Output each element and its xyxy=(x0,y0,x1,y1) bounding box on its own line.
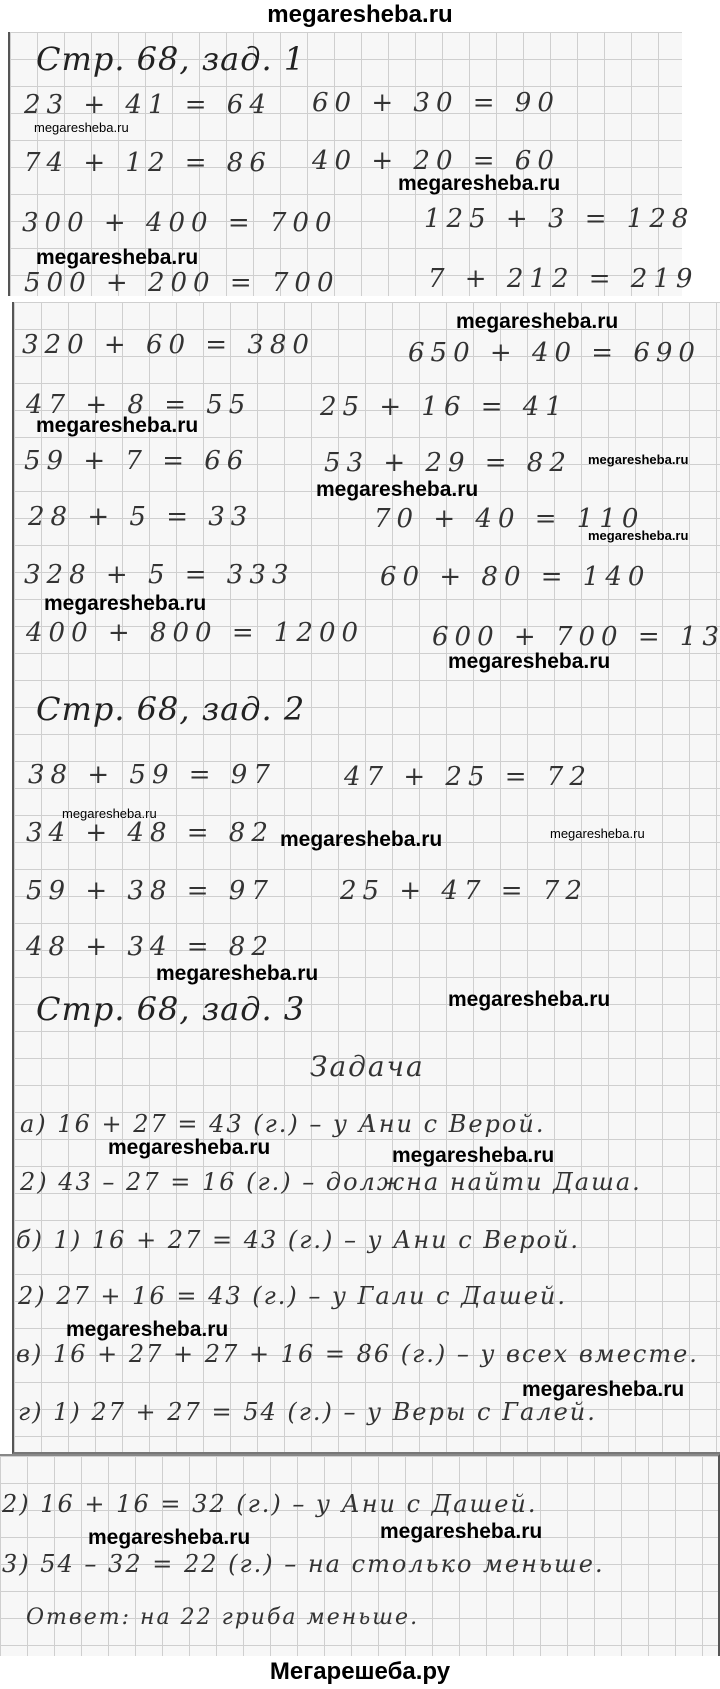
watermark: megaresheba.ru xyxy=(44,592,206,616)
equation: 328 + 5 = 333 xyxy=(24,560,294,590)
watermark: megaresheba.ru xyxy=(316,478,478,502)
equation: 600 + 700 = 1300 xyxy=(432,622,720,652)
watermark: megaresheba.ru xyxy=(280,828,442,852)
watermark: megaresheba.ru xyxy=(36,414,198,438)
task1-title: Стр. 68, зад. 1 xyxy=(36,40,305,78)
equation: 320 + 60 = 380 xyxy=(22,330,315,360)
equation: 60 + 80 = 140 xyxy=(380,562,650,592)
equation: 34 + 48 = 82 xyxy=(26,818,274,848)
footer-watermark: Мегарешеба.ру xyxy=(0,1654,720,1689)
watermark: megaresheba.ru xyxy=(108,1136,270,1160)
watermark: megaresheba.ru xyxy=(522,1378,684,1402)
watermark: megaresheba.ru xyxy=(588,528,688,543)
watermark: megaresheba.ru xyxy=(36,246,198,270)
solution-line: а) 16 + 27 = 43 (г.) – у Ани с Верой. xyxy=(20,1110,545,1138)
watermark: megaresheba.ru xyxy=(448,988,610,1012)
watermark: megaresheba.ru xyxy=(156,962,318,986)
watermark: megaresheba.ru xyxy=(392,1144,554,1168)
watermark: megaresheba.ru xyxy=(398,172,560,196)
equation: 400 + 800 = 1200 xyxy=(26,618,364,648)
task2-title: Стр. 68, зад. 2 xyxy=(36,690,305,728)
solution-line: г) 1) 27 + 27 = 54 (г.) – у Веры с Галей… xyxy=(18,1398,597,1426)
equation: 7 + 212 = 219 xyxy=(428,264,698,294)
task3-title: Стр. 68, зад. 3 xyxy=(36,990,305,1028)
equation: 59 + 7 = 66 xyxy=(24,446,249,476)
watermark: megaresheba.ru xyxy=(456,310,618,334)
equation: 23 + 41 = 64 xyxy=(24,90,272,120)
solution-line: 2) 27 + 16 = 43 (г.) – у Гали с Дашей. xyxy=(18,1282,567,1310)
watermark: megaresheba.ru xyxy=(550,826,645,841)
watermark: megaresheba.ru xyxy=(448,650,610,674)
equation: 125 + 3 = 128 xyxy=(424,204,694,234)
equation: 53 + 29 = 82 xyxy=(324,448,572,478)
equation: 500 + 200 = 700 xyxy=(24,268,340,298)
equation: 48 + 34 = 82 xyxy=(26,932,274,962)
solution-line: 2) 16 + 16 = 32 (г.) – у Ани с Дашей. xyxy=(2,1490,538,1518)
header-watermark: megaresheba.ru xyxy=(0,0,720,30)
equation: 300 + 400 = 700 xyxy=(22,208,338,238)
watermark: megaresheba.ru xyxy=(66,1318,228,1342)
watermark: megaresheba.ru xyxy=(88,1526,250,1550)
watermark: megaresheba.ru xyxy=(62,806,157,821)
solution-line: 2) 43 – 27 = 16 (г.) – должна найти Даша… xyxy=(20,1168,642,1196)
equation: 25 + 47 = 72 xyxy=(340,876,588,906)
task3-heading: Задача xyxy=(310,1050,425,1083)
equation: 60 + 30 = 90 xyxy=(312,88,560,118)
watermark: megaresheba.ru xyxy=(34,120,129,135)
equation: 38 + 59 = 97 xyxy=(28,760,276,790)
equation: 650 + 40 = 690 xyxy=(408,338,701,368)
solution-line: б) 1) 16 + 27 = 43 (г.) – у Ани с Верой. xyxy=(16,1226,580,1254)
equation: 74 + 12 = 86 xyxy=(24,148,272,178)
watermark: megaresheba.ru xyxy=(588,452,688,467)
equation: 47 + 25 = 72 xyxy=(344,762,592,792)
equation: 59 + 38 = 97 xyxy=(26,876,274,906)
watermark: megaresheba.ru xyxy=(380,1520,542,1544)
equation: 28 + 5 = 33 xyxy=(28,502,253,532)
solution-line: в) 16 + 27 + 27 + 16 = 86 (г.) – у всех … xyxy=(16,1340,699,1368)
solution-line: 3) 54 – 32 = 22 (г.) – на столько меньше… xyxy=(2,1550,605,1578)
answer-line: Ответ: на 22 гриба меньше. xyxy=(26,1605,419,1630)
equation: 25 + 16 = 41 xyxy=(320,392,568,422)
